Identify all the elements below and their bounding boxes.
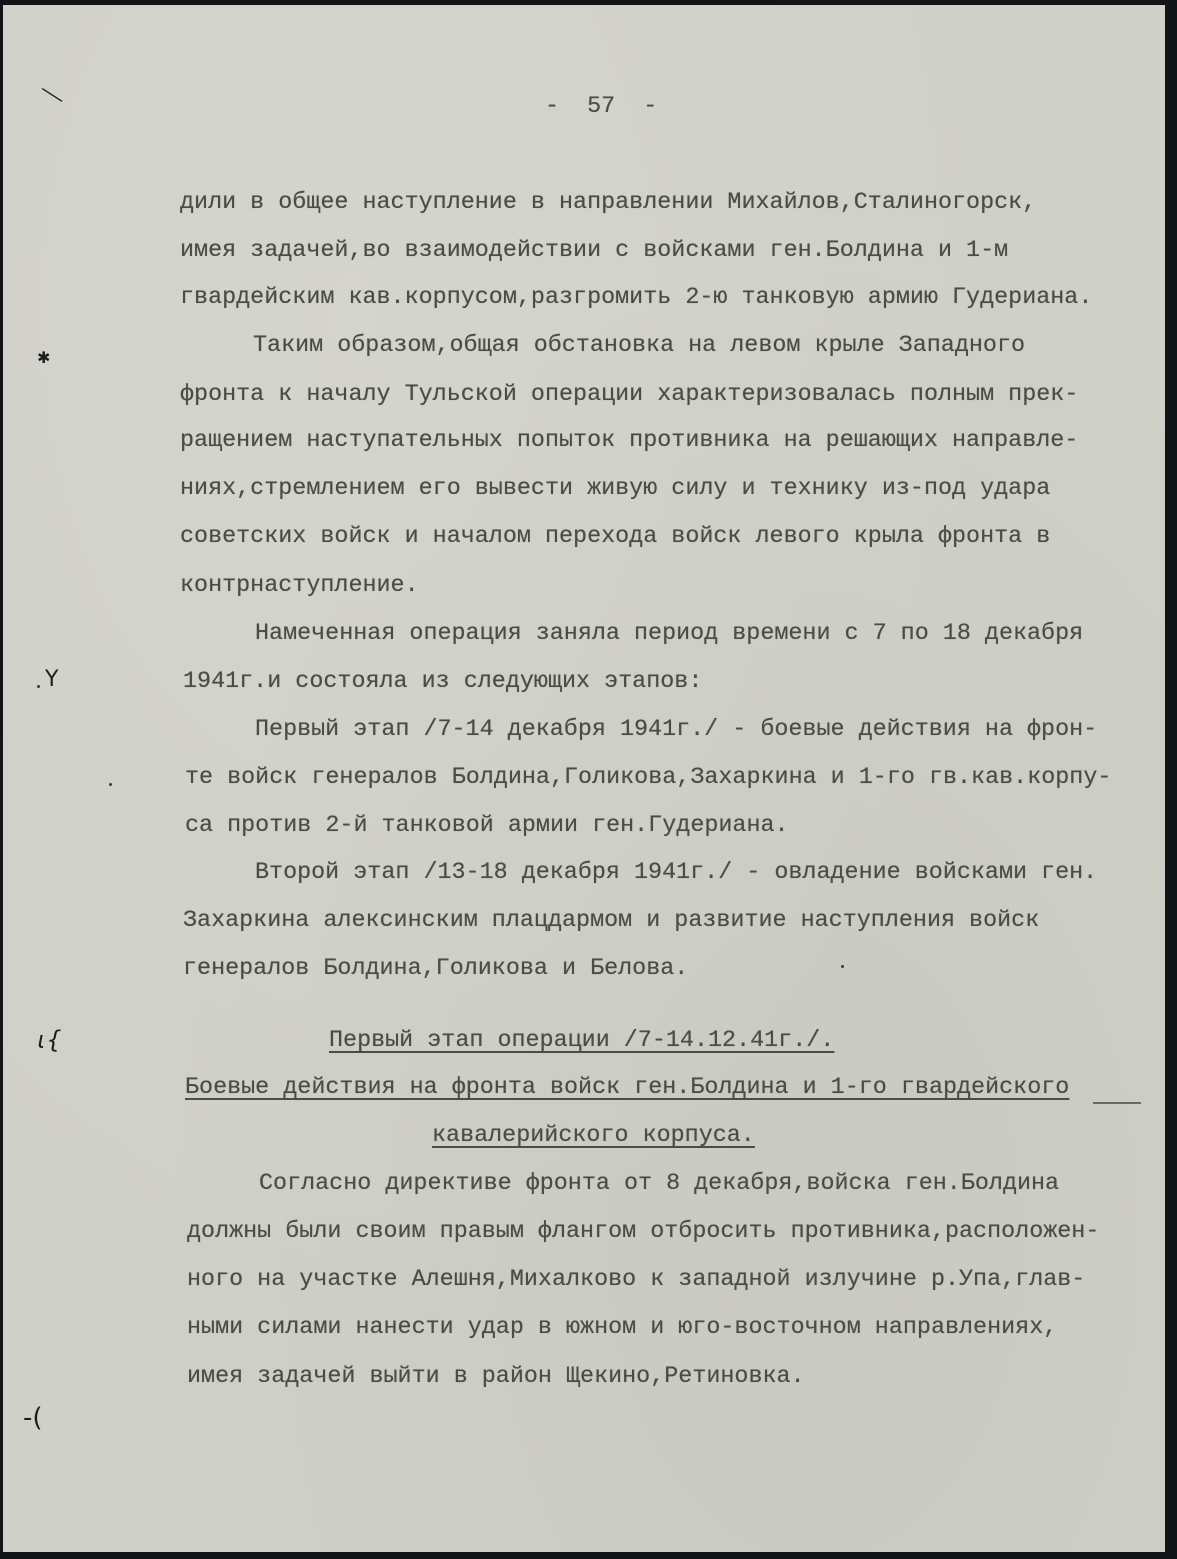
text-line: Согласно директиве фронта от 8 декабря,в…	[259, 1170, 1059, 1198]
page-number: - 57 -	[545, 93, 657, 121]
text-line: Первый этап /7-14 декабря 1941г./ - боев…	[255, 716, 1097, 744]
text-line: имея задачей,во взаимодействии с войскам…	[180, 237, 1008, 265]
handwritten-mark-icon: ɩ{	[37, 1026, 62, 1054]
text-line: ращением наступательных попыток противни…	[180, 427, 1078, 455]
text-line: Второй этап /13-18 декабря 1941г./ - овл…	[255, 859, 1097, 887]
text-line: са против 2-й танковой армии ген.Гудериа…	[185, 812, 789, 840]
ink-dot	[841, 965, 844, 968]
text-line: контрнаступление.	[180, 572, 419, 600]
section-title: Первый этап операции /7-14.12.41г./.	[329, 1027, 834, 1055]
text-line: гвардейским кав.корпусом,разгромить 2-ю …	[180, 284, 1092, 312]
section-subtitle: Боевые действия на фронта войск ген.Болд…	[185, 1074, 1069, 1102]
section-subtitle: кавалерийского корпуса.	[432, 1122, 755, 1150]
text-line: 1941г.и состояла из следующих этапов:	[183, 668, 702, 696]
text-line: Намеченная операция заняла период времен…	[255, 620, 1083, 648]
document-page: - 57 - дили в общее наступление в направ…	[3, 5, 1165, 1552]
text-line: имея задачей выйти в район Щекино,Ретино…	[187, 1363, 805, 1391]
text-line: советских войск и началом перехода войск…	[180, 523, 1050, 551]
text-line: фронта к началу Тульской операции характ…	[180, 381, 1078, 409]
text-line: должны были своим правым флангом отброси…	[187, 1218, 1099, 1246]
text-line: те войск генералов Болдина,Голикова,Заха…	[185, 764, 1111, 792]
text-line: ного на участке Алешня,Михалково к запад…	[187, 1266, 1085, 1294]
text-line: Таким образом,общая обстановка на левом …	[253, 332, 1025, 360]
binding-hole-mark-icon: ╲	[42, 84, 62, 108]
ink-dot	[37, 685, 40, 688]
text-line: дили в общее наступление в направлении М…	[180, 189, 1036, 217]
ink-dot	[109, 783, 112, 786]
text-line: Захаркина алексинским плацдармом и разви…	[183, 907, 1039, 935]
binding-hole-mark-icon: ✱	[37, 348, 50, 367]
binding-hole-mark-icon: Y	[45, 667, 58, 692]
text-line: генералов Болдина,Голикова и Белова.	[183, 955, 688, 983]
underline-rule	[1093, 1102, 1141, 1104]
text-line: ниях,стремлением его вывести живую силу …	[180, 475, 1050, 503]
text-line: ными силами нанести удар в южном и юго-в…	[187, 1314, 1057, 1342]
binding-hole-mark-icon: -(	[23, 1403, 43, 1433]
